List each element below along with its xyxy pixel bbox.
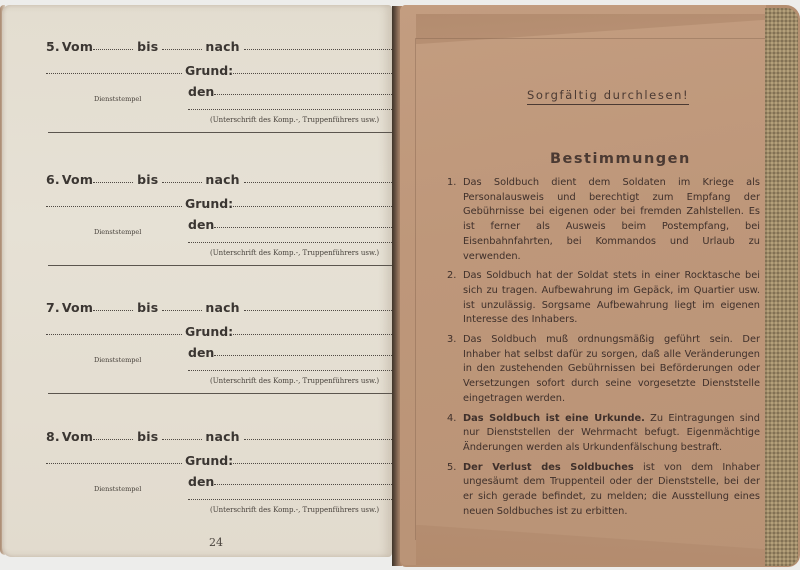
grund-label: Grund: bbox=[185, 453, 233, 468]
nach-label: nach bbox=[205, 300, 239, 315]
read-carefully-heading: Sorgfältig durchlesen! bbox=[527, 88, 689, 105]
den-field[interactable] bbox=[214, 353, 392, 356]
signature-caption: (Unterschrift des Komp.-, Truppenführers… bbox=[210, 116, 379, 124]
grund-field[interactable] bbox=[233, 461, 392, 464]
regulation-item-1: 1. Das Soldbuch dient dem Soldaten im Kr… bbox=[447, 176, 760, 264]
bis-field[interactable] bbox=[162, 180, 202, 183]
nach-label: nach bbox=[205, 39, 239, 54]
den-field[interactable] bbox=[214, 225, 392, 228]
nach-field[interactable] bbox=[244, 180, 392, 183]
transfer-entry-8: 8. Vom bis nach Grund: den Dienststempel… bbox=[46, 424, 392, 549]
reason-prefix-field[interactable] bbox=[46, 332, 182, 335]
nach-field[interactable] bbox=[244, 437, 392, 440]
regulation-number: 5. bbox=[447, 461, 463, 520]
nach-field[interactable] bbox=[244, 47, 392, 50]
vom-label: Vom bbox=[62, 429, 93, 444]
signature-field[interactable] bbox=[188, 370, 392, 371]
vom-field[interactable] bbox=[93, 308, 133, 311]
bis-field[interactable] bbox=[162, 47, 202, 50]
regulation-number: 4. bbox=[447, 412, 463, 456]
den-field[interactable] bbox=[214, 92, 392, 95]
nach-field[interactable] bbox=[244, 308, 392, 311]
transfer-entry-7: 7. Vom bis nach Grund: den Dienststempel… bbox=[46, 295, 392, 420]
entry-number: 5. bbox=[46, 39, 60, 54]
regulation-item-5: 5. Der Verlust des Soldbuches ist von de… bbox=[447, 461, 760, 520]
signature-field[interactable] bbox=[188, 242, 392, 243]
regulation-bold: Das Soldbuch ist eine Urkunde. bbox=[463, 413, 645, 424]
regulation-text: Das Soldbuch muß ordnungsmäßig geführt s… bbox=[463, 334, 760, 404]
regulation-number: 1. bbox=[447, 176, 463, 264]
grund-label: Grund: bbox=[185, 324, 233, 339]
open-soldbuch: 5. Vom bis nach Grund: den Dienststempel… bbox=[0, 0, 800, 570]
bis-label: bis bbox=[137, 172, 158, 187]
vom-field[interactable] bbox=[93, 180, 133, 183]
left-page: 5. Vom bis nach Grund: den Dienststempel… bbox=[2, 5, 392, 557]
regulation-number: 2. bbox=[447, 269, 463, 328]
reason-prefix-field[interactable] bbox=[46, 71, 182, 74]
signature-field[interactable] bbox=[188, 499, 392, 500]
nach-label: nach bbox=[205, 172, 239, 187]
entry-divider bbox=[48, 265, 392, 266]
den-label: den bbox=[188, 217, 214, 232]
stamp-label: Dienststempel bbox=[94, 485, 141, 493]
stamp-label: Dienststempel bbox=[94, 228, 141, 236]
transfer-entry-5: 5. Vom bis nach Grund: den Dienststempel… bbox=[46, 34, 392, 159]
vom-field[interactable] bbox=[93, 437, 133, 440]
regulations-title: Bestimmungen bbox=[550, 151, 691, 167]
den-label: den bbox=[188, 474, 214, 489]
regulations-list: 1. Das Soldbuch dient dem Soldaten im Kr… bbox=[447, 176, 760, 524]
vom-label: Vom bbox=[62, 300, 93, 315]
regulation-item-3: 3. Das Soldbuch muß ordnungsmäßig geführ… bbox=[447, 333, 760, 407]
entry-number: 7. bbox=[46, 300, 60, 315]
signature-caption: (Unterschrift des Komp.-, Truppenführers… bbox=[210, 377, 379, 385]
vom-label: Vom bbox=[62, 39, 93, 54]
regulation-text: Das Soldbuch dient dem Soldaten im Krieg… bbox=[463, 177, 760, 262]
reason-prefix-field[interactable] bbox=[46, 461, 182, 464]
stamp-label: Dienststempel bbox=[94, 356, 141, 364]
regulation-text: Das Soldbuch hat der Soldat stets in ein… bbox=[463, 270, 760, 325]
regulation-item-2: 2. Das Soldbuch hat der Soldat stets in … bbox=[447, 269, 760, 328]
bis-label: bis bbox=[137, 300, 158, 315]
nach-label: nach bbox=[205, 429, 239, 444]
entry-divider bbox=[48, 393, 392, 394]
den-field[interactable] bbox=[214, 482, 392, 485]
grund-label: Grund: bbox=[185, 63, 233, 78]
regulation-bold: Der Verlust des Soldbuches bbox=[463, 462, 634, 473]
regulation-item-4: 4. Das Soldbuch ist eine Urkunde. Zu Ein… bbox=[447, 412, 760, 456]
vom-label: Vom bbox=[62, 172, 93, 187]
signature-field[interactable] bbox=[188, 109, 392, 110]
bis-label: bis bbox=[137, 429, 158, 444]
den-label: den bbox=[188, 345, 214, 360]
grund-field[interactable] bbox=[233, 204, 392, 207]
transfer-entry-6: 6. Vom bis nach Grund: den Dienststempel… bbox=[46, 167, 392, 292]
vom-field[interactable] bbox=[93, 47, 133, 50]
entry-number: 8. bbox=[46, 429, 60, 444]
signature-caption: (Unterschrift des Komp.-, Truppenführers… bbox=[210, 506, 379, 514]
signature-caption: (Unterschrift des Komp.-, Truppenführers… bbox=[210, 249, 379, 257]
bis-field[interactable] bbox=[162, 308, 202, 311]
bis-label: bis bbox=[137, 39, 158, 54]
den-label: den bbox=[188, 84, 214, 99]
grund-field[interactable] bbox=[233, 332, 392, 335]
stamp-label: Dienststempel bbox=[94, 95, 141, 103]
grund-field[interactable] bbox=[233, 71, 392, 74]
bis-field[interactable] bbox=[162, 437, 202, 440]
entry-number: 6. bbox=[46, 172, 60, 187]
grund-label: Grund: bbox=[185, 196, 233, 211]
page-number: 24 bbox=[209, 536, 223, 549]
regulation-number: 3. bbox=[447, 333, 463, 407]
entry-divider bbox=[48, 132, 392, 133]
cloth-spine bbox=[765, 8, 798, 566]
reason-prefix-field[interactable] bbox=[46, 204, 182, 207]
